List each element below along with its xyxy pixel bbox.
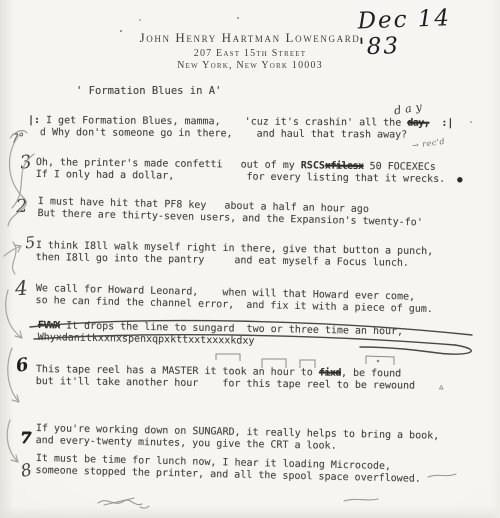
letterhead-city: New York, New York 10003 [0, 60, 500, 71]
text-segment: RSCS [301, 160, 325, 171]
scanned-document-page: John Henry Hartman Lowengard 207 East 15… [0, 0, 500, 518]
verse-v6: This tape reel has a MASTER it took an h… [36, 364, 444, 394]
text-segment: :| [441, 118, 453, 129]
verse-v8: It must be time for lunch now, I hear it… [35, 453, 421, 487]
struck-out-text: FVWX [38, 320, 60, 331]
text-segment [429, 118, 441, 129]
verse-line: d Why don't someone go in there, and hau… [28, 127, 454, 142]
text-segment: Whyxdanitkxxnxspenxqpxkttxxtxxxxkdxy [38, 332, 255, 347]
text-segment: |: [28, 115, 40, 126]
verse-v3: Oh, the printer's made confetti out of m… [36, 157, 463, 187]
handwritten-margin-number: 8 [19, 460, 34, 482]
text-segment: Why don't someone go in there, and haul … [46, 128, 407, 142]
handwritten-date: Dec 14 '83 [357, 4, 500, 61]
handwritten-margin-number: 2 [15, 196, 28, 218]
handwritten-margin-number: 3 [19, 151, 33, 173]
verse-v7: If you're working down on SUNGARD, it re… [36, 423, 440, 456]
struck-out-text: day, [407, 118, 429, 129]
song-title: ' Formation Blues in A' [76, 85, 221, 97]
text-segment: , be found [341, 368, 401, 380]
text-segment: 50 FOCEXECs [363, 161, 435, 173]
verse-v2: I must have hit that PF8 key about a hal… [37, 196, 423, 230]
verse-vx: FVWX It drops the line to sungard two or… [38, 320, 404, 351]
verse-v5: I think I8ll walk myself right in there,… [36, 240, 434, 271]
struck-out-text: xfilesx [325, 161, 364, 172]
handwritten-margin-number: 6 [14, 354, 30, 377]
verse-v1: |: I get Formation Blues, mamma, 'cuz it… [28, 115, 454, 143]
text-segment: ● [457, 176, 463, 186]
handwritten-day-correction: day [393, 100, 426, 118]
handwritten-margin-number: 7° [10, 130, 25, 145]
handwritten-margin-number: 4 [14, 276, 28, 301]
handwritten-margin-number: 7 [20, 428, 31, 447]
text-segment [28, 127, 40, 138]
struck-out-text: fixd [319, 367, 341, 378]
text-segment: △ [439, 383, 443, 391]
handwritten-margin-number: 5 [24, 233, 36, 253]
verse-v4: We call for Howard Leonard, when will th… [35, 283, 433, 317]
